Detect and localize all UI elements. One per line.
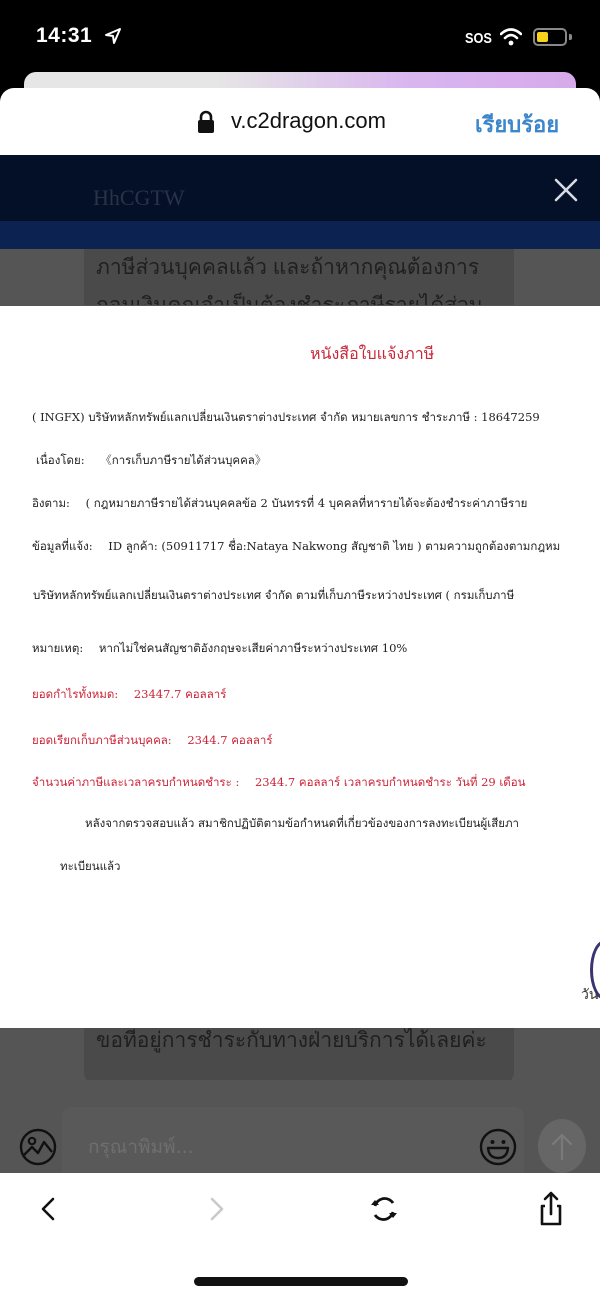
total-profit-label: ยอดกำไรทั้งหมด: [32, 687, 118, 701]
notice-title: หนังสือใบแจ้งภาษี [310, 342, 434, 367]
battery-level [537, 32, 548, 42]
reference-value: ( กฎหมายภาษีรายได้ส่วนบุคคลข้อ 2 บันทรรท… [86, 496, 528, 510]
subject-value: 《การเก็บภาษีรายได้ส่วนบุคคล》 [100, 453, 266, 467]
site-header-stripe [0, 221, 600, 249]
reference-label: อิงตาม: [32, 496, 70, 510]
site-title: HhCGTW [93, 185, 185, 211]
home-indicator [194, 1277, 408, 1286]
chat-message-bubble: ขอทีอยู่การชำระกับทางฝ่ายบริการได้เลยค่ะ [84, 1028, 514, 1084]
battery-icon [533, 28, 567, 46]
image-upload-icon[interactable] [18, 1127, 58, 1167]
info-label: ข้อมูลที่แจ้ง: [32, 539, 93, 553]
share-icon[interactable] [531, 1189, 571, 1229]
due-label: จำนวนค่าภาษีและเวลาครบกำหนดชำระ : [32, 775, 239, 789]
stamp-date-label: วัน [581, 984, 598, 1006]
notice-after-check-line: หลังจากตรวจสอบแล้ว สมาชิกปฏิบัติตามข้อกำ… [85, 815, 519, 833]
carrier-sos: SOS [465, 30, 492, 47]
message-input[interactable] [62, 1107, 524, 1173]
personal-tax-label: ยอดเรียกเก็บภาษีส่วนบุคคล: [32, 733, 172, 747]
back-icon[interactable] [28, 1189, 68, 1229]
tax-notice-image[interactable]: หนังสือใบแจ้งภาษี ( INGFX) บริษัทหลักทรั… [0, 306, 600, 1028]
done-button[interactable]: เรียบร้อย [475, 107, 559, 142]
status-bar: 14:31 SOS [0, 0, 600, 75]
note-label: หมายเหตุ: [32, 641, 83, 655]
message-line: ขอทีอยู่การชำระกับทางฝ่ายบริการได้เลยค่ะ [96, 1028, 502, 1054]
send-button[interactable] [538, 1119, 586, 1173]
reload-icon[interactable] [364, 1189, 404, 1229]
personal-tax-value: 2344.7 คอลลาร์ [187, 733, 272, 747]
notice-subject-line: เนื่องโดย: 《การเก็บภาษีรายได้ส่วนบุคคล》 [36, 452, 266, 470]
url-display[interactable]: v.c2dragon.com [231, 108, 386, 134]
web-content: HhCGTW ภาษีส่วนบุคคลแล้ว และถ้าหากคุณต้อ… [0, 155, 600, 1173]
notice-reference-line: อิงตาม: ( กฎหมายภาษีรายได้ส่วนบุคคลข้อ 2… [32, 495, 527, 513]
notice-note-line: หมายเหตุ: หากไม่ใช่คนสัญชาติอังกฤษจะเสีย… [32, 640, 407, 658]
status-time: 14:31 [36, 24, 92, 48]
chat-composer [0, 1080, 600, 1173]
notice-info-line: ข้อมูลที่แจ้ง: ID ลูกค้า: (50911717 ชื่อ… [32, 538, 560, 556]
lock-icon [197, 110, 215, 134]
notice-due-line: จำนวนค่าภาษีและเวลาครบกำหนดชำระ : 2344.7… [32, 774, 526, 792]
chat-message-bubble: ภาษีส่วนบุคคลแล้ว และถ้าหากคุณต้องการ ถอ… [84, 249, 514, 305]
info-value: ID ลูกค้า: (50911717 ชื่อ:Nataya Nakwong… [108, 539, 560, 553]
message-line: ภาษีส่วนบุคคลแล้ว และถ้าหากคุณต้องการ [96, 249, 502, 287]
subject-label: เนื่องโดย: [36, 453, 85, 467]
location-arrow-icon [104, 27, 122, 45]
notice-registered-line: ทะเบียนแล้ว [60, 858, 121, 876]
close-icon[interactable] [553, 177, 579, 203]
notice-company-line: ( INGFX) บริษัทหลักทรัพย์แลกเปลี่ยนเงินต… [32, 409, 540, 427]
arrow-up-icon [538, 1119, 586, 1173]
notice-personal-tax-line: ยอดเรียกเก็บภาษีส่วนบุคคล: 2344.7 คอลลาร… [32, 732, 273, 750]
message-line: ถอนเงินคุณจำเป็นต้องชำระภาษีรายได้ส่วน [96, 287, 502, 305]
note-value: หากไม่ใช่คนสัญชาติอังกฤษจะเสียค่าภาษีระห… [99, 641, 407, 655]
forward-icon[interactable] [197, 1189, 237, 1229]
site-header: HhCGTW [0, 155, 600, 221]
due-value: 2344.7 คอลลาร์ เวลาครบกำหนดชำระ วันที่ 2… [255, 775, 526, 789]
emoji-icon[interactable] [478, 1127, 518, 1167]
total-profit-value: 23447.7 คอลลาร์ [134, 687, 227, 701]
battery-tip [569, 34, 572, 40]
notice-total-profit-line: ยอดกำไรทั้งหมด: 23447.7 คอลลาร์ [32, 686, 226, 704]
notice-company-line-2: บริษัทหลักทรัพย์แลกเปลี่ยนเงินตราต่างประ… [33, 587, 514, 605]
wifi-icon [500, 28, 522, 46]
